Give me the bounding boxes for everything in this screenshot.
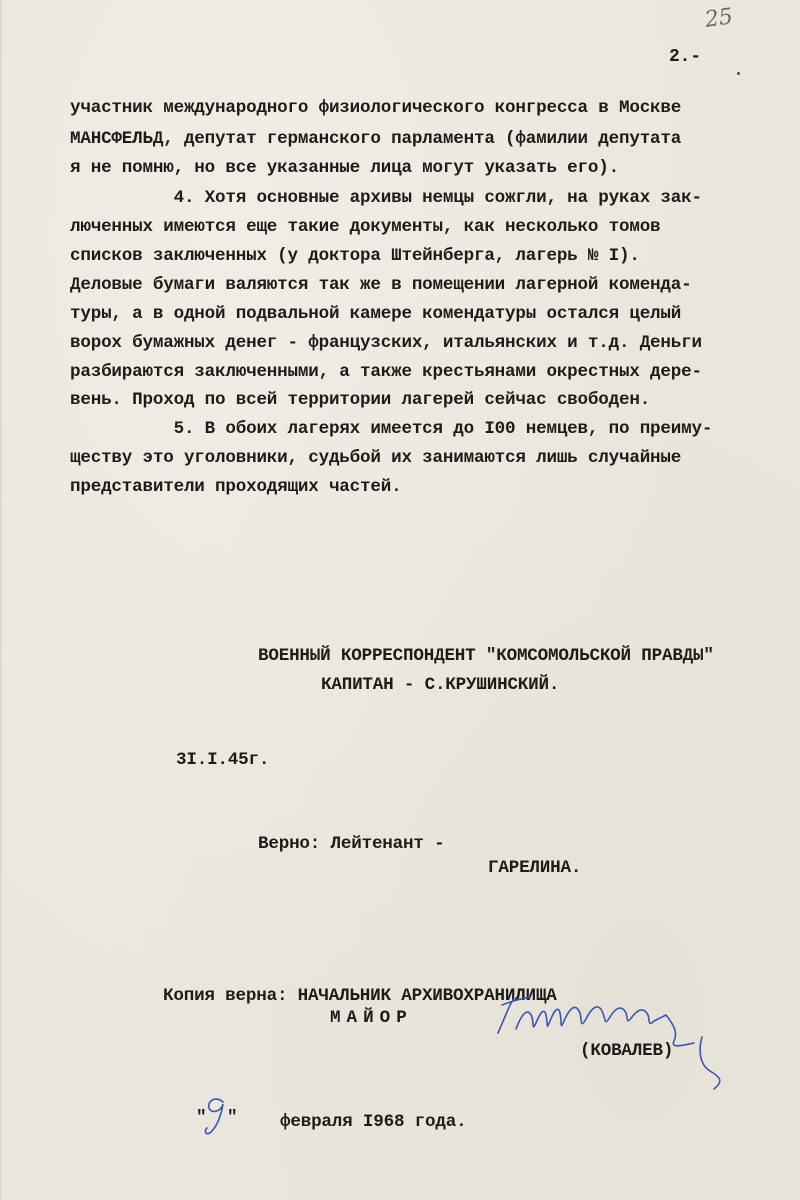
body-line: МАНСФЕЛЬД, депутат германского парламент… bbox=[70, 131, 681, 149]
body-line: представители проходящих частей. bbox=[70, 479, 401, 497]
certifier-rank: МАЙОР bbox=[330, 1010, 413, 1028]
body-line-paragraph-4: 4. Хотя основные архивы немцы сожгли, на… bbox=[70, 190, 702, 208]
body-line: участник международного физиологического… bbox=[70, 100, 681, 118]
handwritten-day-number: 9 bbox=[199, 1096, 229, 1136]
page-number: 2.- bbox=[669, 48, 701, 66]
body-line: ворох бумажных денег - французских, итал… bbox=[70, 335, 702, 353]
author-title: ВОЕННЫЙ КОРРЕСПОНДЕНТ "КОМСОМОЛЬСКОЙ ПРА… bbox=[258, 648, 714, 666]
verification-name: ГАРЕЛИНА. bbox=[488, 860, 581, 878]
body-line: Деловые бумаги валяются так же в помещен… bbox=[70, 277, 691, 295]
body-line: ществу это уголовники, судьбой их занима… bbox=[70, 450, 681, 468]
body-line: люченных имеются еще такие документы, ка… bbox=[70, 219, 660, 237]
handwritten-folio-number: 25 bbox=[703, 4, 734, 33]
document-date: 3I.I.45г. bbox=[176, 752, 269, 770]
verification-label: Верно: Лейтенант - bbox=[258, 836, 444, 854]
handwritten-signature bbox=[488, 985, 738, 1095]
body-line: списков заключенных (у доктора Штейнберг… bbox=[70, 248, 640, 266]
body-line: туры, а в одной подвальной камере коменд… bbox=[70, 306, 681, 324]
body-line: разбираются заключенными, а также кресть… bbox=[70, 364, 702, 382]
body-line-paragraph-5: 5. В обоих лагерях имеется до I00 немцев… bbox=[70, 421, 712, 439]
body-line: я не помню, но все указанные лица могут … bbox=[70, 160, 619, 178]
paper-speck bbox=[737, 72, 740, 75]
author-name: КАПИТАН - С.КРУШИНСКИЙ. bbox=[321, 677, 559, 695]
body-line: вень. Проход по всей территории лагерей … bbox=[70, 392, 650, 410]
close-quote: " bbox=[227, 1110, 237, 1128]
archival-document-page: 25 2.- участник международного физиологи… bbox=[0, 0, 800, 1200]
certification-date-text: февраля I968 года. bbox=[280, 1114, 466, 1132]
